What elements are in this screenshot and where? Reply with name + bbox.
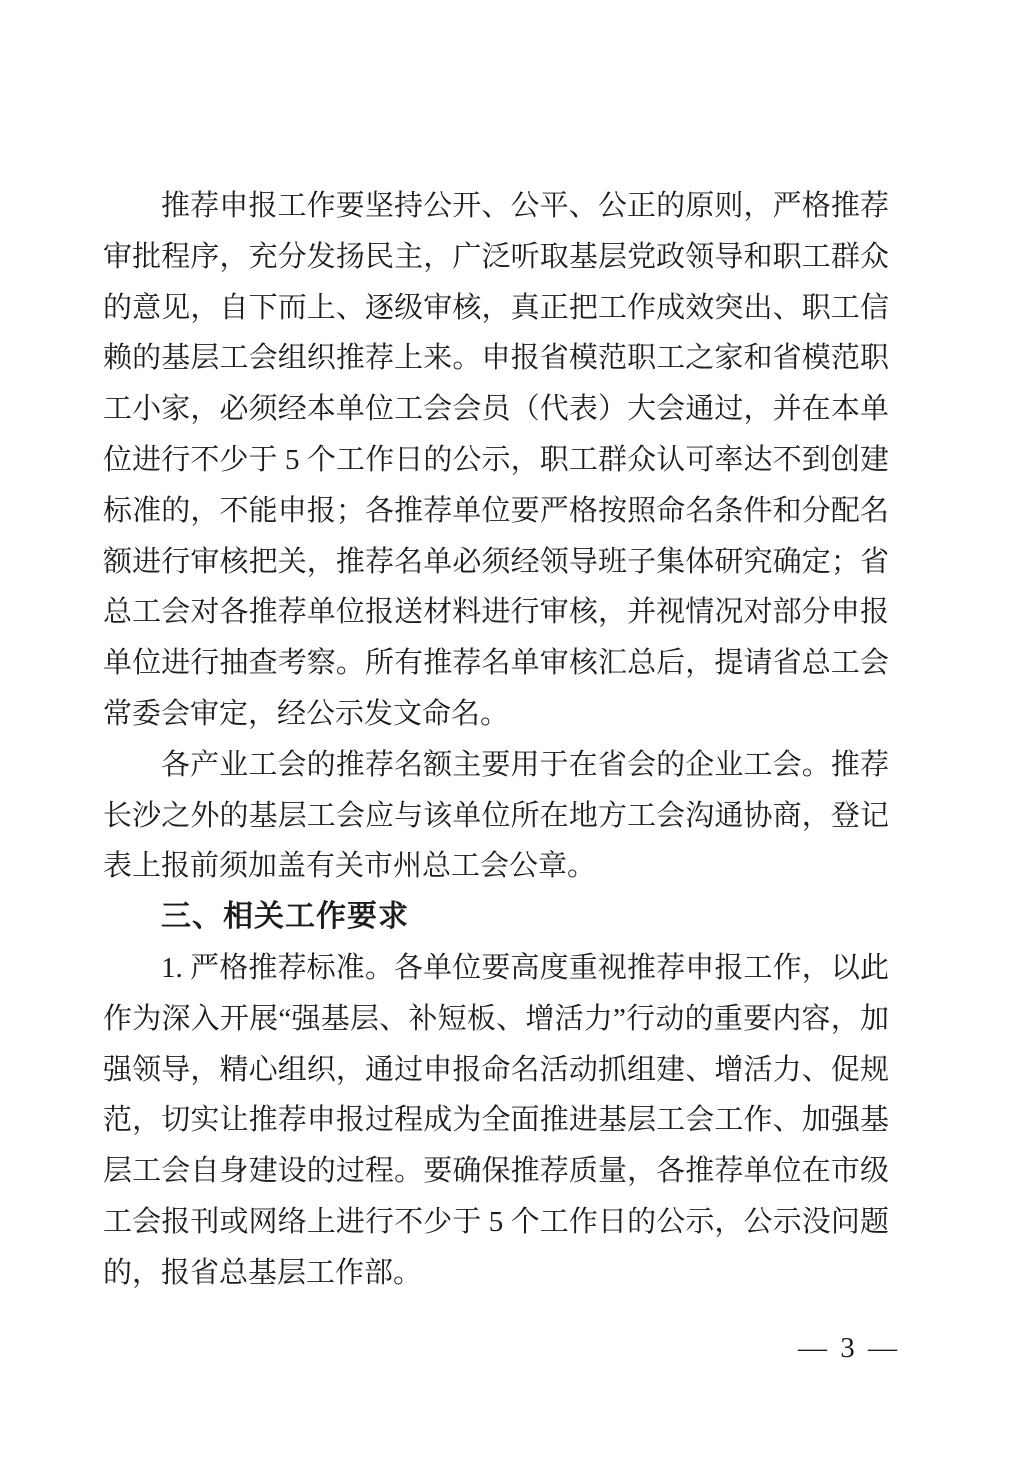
section-heading: 三、相关工作要求 (103, 892, 889, 943)
body-paragraph: 推荐申报工作要坚持公开、公平、公正的原则，严格推荐审批程序，充分发扬民主，广泛听… (103, 181, 889, 740)
text-line: 的，报省总基层工作部。 (103, 1248, 889, 1299)
page-number: — 3 — (798, 1332, 900, 1365)
text-line: 工会报刊或网络上进行不少于 5 个工作日的公示，公示没问题 (103, 1197, 889, 1248)
text-line: 额进行审核把关，推荐名单必须经领导班子集体研究确定；省 (103, 537, 889, 588)
text-block: 推荐申报工作要坚持公开、公平、公正的原则，严格推荐审批程序，充分发扬民主，广泛听… (103, 181, 889, 1299)
text-line: 推荐申报工作要坚持公开、公平、公正的原则，严格推荐 (103, 181, 889, 232)
text-line: 范，切实让推荐申报过程成为全面推进基层工会工作、加强基 (103, 1095, 889, 1146)
text-line: 作为深入开展“强基层、补短板、增活力”行动的重要内容，加 (103, 994, 889, 1045)
text-line: 层工会自身建设的过程。要确保推荐质量，各推荐单位在市级 (103, 1146, 889, 1197)
text-line: 单位进行抽查考察。所有推荐名单审核汇总后，提请省总工会 (103, 638, 889, 689)
text-line: 总工会对各推荐单位报送材料进行审核，并视情况对部分申报 (103, 587, 889, 638)
text-line: 位进行不少于 5 个工作日的公示，职工群众认可率达不到创建 (103, 435, 889, 486)
body-paragraph: 1. 严格推荐标准。各单位要高度重视推荐申报工作，以此作为深入开展“强基层、补短… (103, 943, 889, 1299)
text-line: 常委会审定，经公示发文命名。 (103, 689, 889, 740)
body-paragraph: 各产业工会的推荐名额主要用于在省会的企业工会。推荐长沙之外的基层工会应与该单位所… (103, 740, 889, 892)
text-line: 审批程序，充分发扬民主，广泛听取基层党政领导和职工群众 (103, 232, 889, 283)
text-line: 强领导，精心组织，通过申报命名活动抓组建、增活力、促规 (103, 1045, 889, 1096)
text-line: 三、相关工作要求 (103, 892, 889, 943)
document-page: 推荐申报工作要坚持公开、公平、公正的原则，严格推荐审批程序，充分发扬民主，广泛听… (0, 0, 1036, 1465)
text-line: 的意见，自下而上、逐级审核，真正把工作成效突出、职工信 (103, 283, 889, 334)
text-line: 标准的，不能申报；各推荐单位要严格按照命名条件和分配名 (103, 486, 889, 537)
text-line: 工小家，必须经本单位工会会员（代表）大会通过，并在本单 (103, 384, 889, 435)
text-line: 各产业工会的推荐名额主要用于在省会的企业工会。推荐 (103, 740, 889, 791)
text-line: 赖的基层工会组织推荐上来。申报省模范职工之家和省模范职 (103, 333, 889, 384)
text-line: 1. 严格推荐标准。各单位要高度重视推荐申报工作，以此 (103, 943, 889, 994)
text-line: 表上报前须加盖有关市州总工会公章。 (103, 841, 889, 892)
text-line: 长沙之外的基层工会应与该单位所在地方工会沟通协商，登记 (103, 791, 889, 842)
